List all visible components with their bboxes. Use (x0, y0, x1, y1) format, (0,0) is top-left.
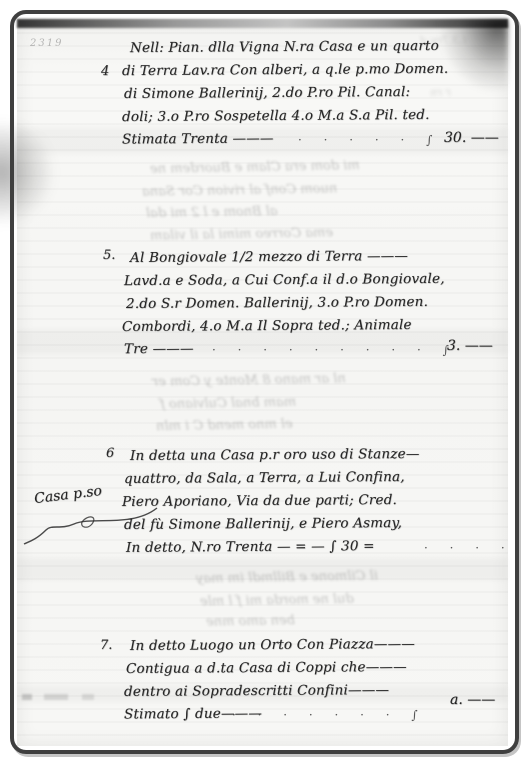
manuscript-line: Contigua a d.ta Casa di Coppi che——— (126, 656, 407, 681)
entry-number-6: 6 (106, 446, 114, 461)
entry-number-4: 4 (101, 64, 109, 79)
ghost-line: ema Correo mimi la il vilam (150, 225, 333, 243)
manuscript-line: doli; 3.o P.ro Sospetella 4.o M.a S.a Pi… (122, 104, 430, 129)
ghost-line: r rn (430, 86, 451, 99)
manuscript-line: quattro, da Sala, a Terra, a Lui Confina… (124, 466, 405, 491)
manuscript-line: In detto, N.ro Trenta — = — ∫ 30 = (126, 535, 375, 560)
manuscript-line: Combordi, 4.o M.a Il Sopra ted.; Animale (122, 314, 412, 339)
entry-number-5: 5. (103, 248, 115, 263)
entry-amount: 30. —— (444, 130, 499, 146)
ghost-line: el mno mend C i mln (156, 417, 293, 434)
dotted-leader: · · · · · ∫ (298, 133, 441, 147)
faint-pencil-mark: 2319 (30, 38, 63, 49)
manuscript-line: Lavd.a e Soda, a Cui Conf.a il d.o Bongi… (124, 268, 445, 293)
manuscript-line: Tre ——— (124, 338, 194, 361)
entry-amount: a. —— (450, 692, 495, 708)
manuscript-line: Nell: Pian. dlla Vigna N.ra Casa e un qu… (130, 35, 439, 60)
manuscript-line: 2.do S.r Domen. Ballerinij, 3.o P.ro Dom… (126, 291, 428, 316)
manuscript-line: In detto Luogo un Orto Con Piazza——— (130, 633, 415, 658)
dotted-leader: · · · · · · · ∫ (232, 708, 427, 722)
ghost-line: dul ne morda mi f l mle (200, 592, 354, 610)
ghost-line: al Bnom e l 2 mi dal (146, 204, 278, 221)
ghost-line: ben amo mne (206, 613, 295, 630)
manuscript-line: di Terra Lav.ra Con alberi, a q.le p.mo … (122, 58, 448, 83)
manuscript-line: Stimata Trenta ——— (122, 127, 274, 151)
entry-amount: 3. —— (447, 338, 493, 354)
manuscript-line: Piero Aporiano, Via da due parti; Cred. (122, 489, 397, 514)
dotted-leader: · · · · · · · · · ∫ (212, 343, 458, 357)
manuscript-line: dentro ai Sopradescritti Confini——— (124, 679, 389, 704)
manuscript-line: Al Bongiovale 1/2 mezzo di Terra ——— (130, 245, 408, 270)
bottom-streak (22, 694, 132, 700)
dotted-leader: · · · · · · (424, 541, 525, 555)
manuscript-line: In detta una Casa p.r oro uso di Stanze— (130, 443, 420, 468)
corner-smudge (438, 20, 508, 94)
ghost-line: il Cilmone e Billmdl im may (196, 568, 378, 586)
ghost-line: mam bnal Culviano f (160, 395, 296, 412)
entry-number-7: 7. (100, 638, 112, 653)
scan-edge-shadow (17, 19, 508, 28)
edge-shadow-blob (0, 122, 56, 234)
manuscript-line: di Simone Ballerinij, 2.do P.ro Pil. Can… (124, 81, 410, 106)
manuscript-line: del fù Simone Ballerinij, e Piero Asmay, (124, 512, 402, 537)
scanned-manuscript-page: 2319 i.3.7rv d r rn mi dom era Clam e Bu… (0, 0, 525, 760)
